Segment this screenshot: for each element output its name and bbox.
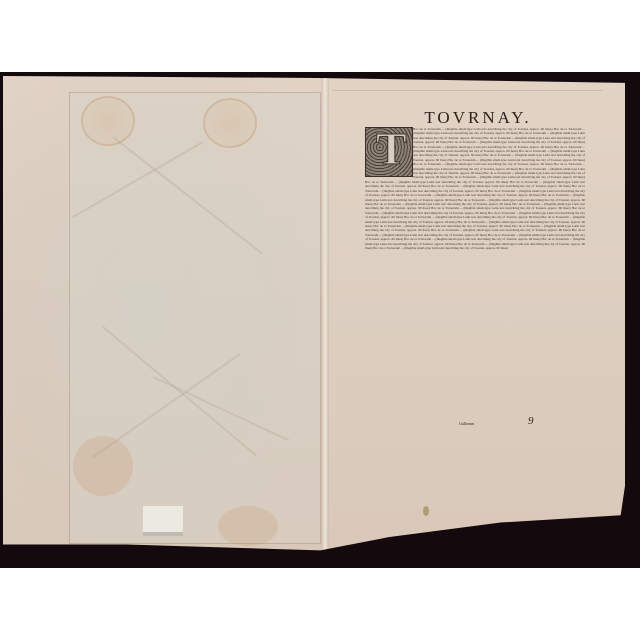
- map-building-showthrough: [143, 506, 183, 536]
- page-number: 9: [528, 415, 534, 427]
- paper-sheet: TOVRNAY. Hoc de re Tornacum ... (illegib…: [3, 76, 625, 564]
- coat-of-arms-showthrough-left: [81, 96, 135, 146]
- foxing-stain: [218, 506, 278, 546]
- page-title: TOVRNAY.: [398, 108, 558, 128]
- decorated-initial: T: [365, 127, 413, 177]
- initial-letter: T: [376, 126, 407, 172]
- foxing-stain: [423, 506, 429, 516]
- coat-of-arms-showthrough-right: [203, 98, 257, 148]
- plate-mark-line: [333, 90, 603, 91]
- catchword: Gallorum: [459, 421, 474, 426]
- foxing-stain: [73, 436, 133, 496]
- center-fold: [321, 76, 329, 564]
